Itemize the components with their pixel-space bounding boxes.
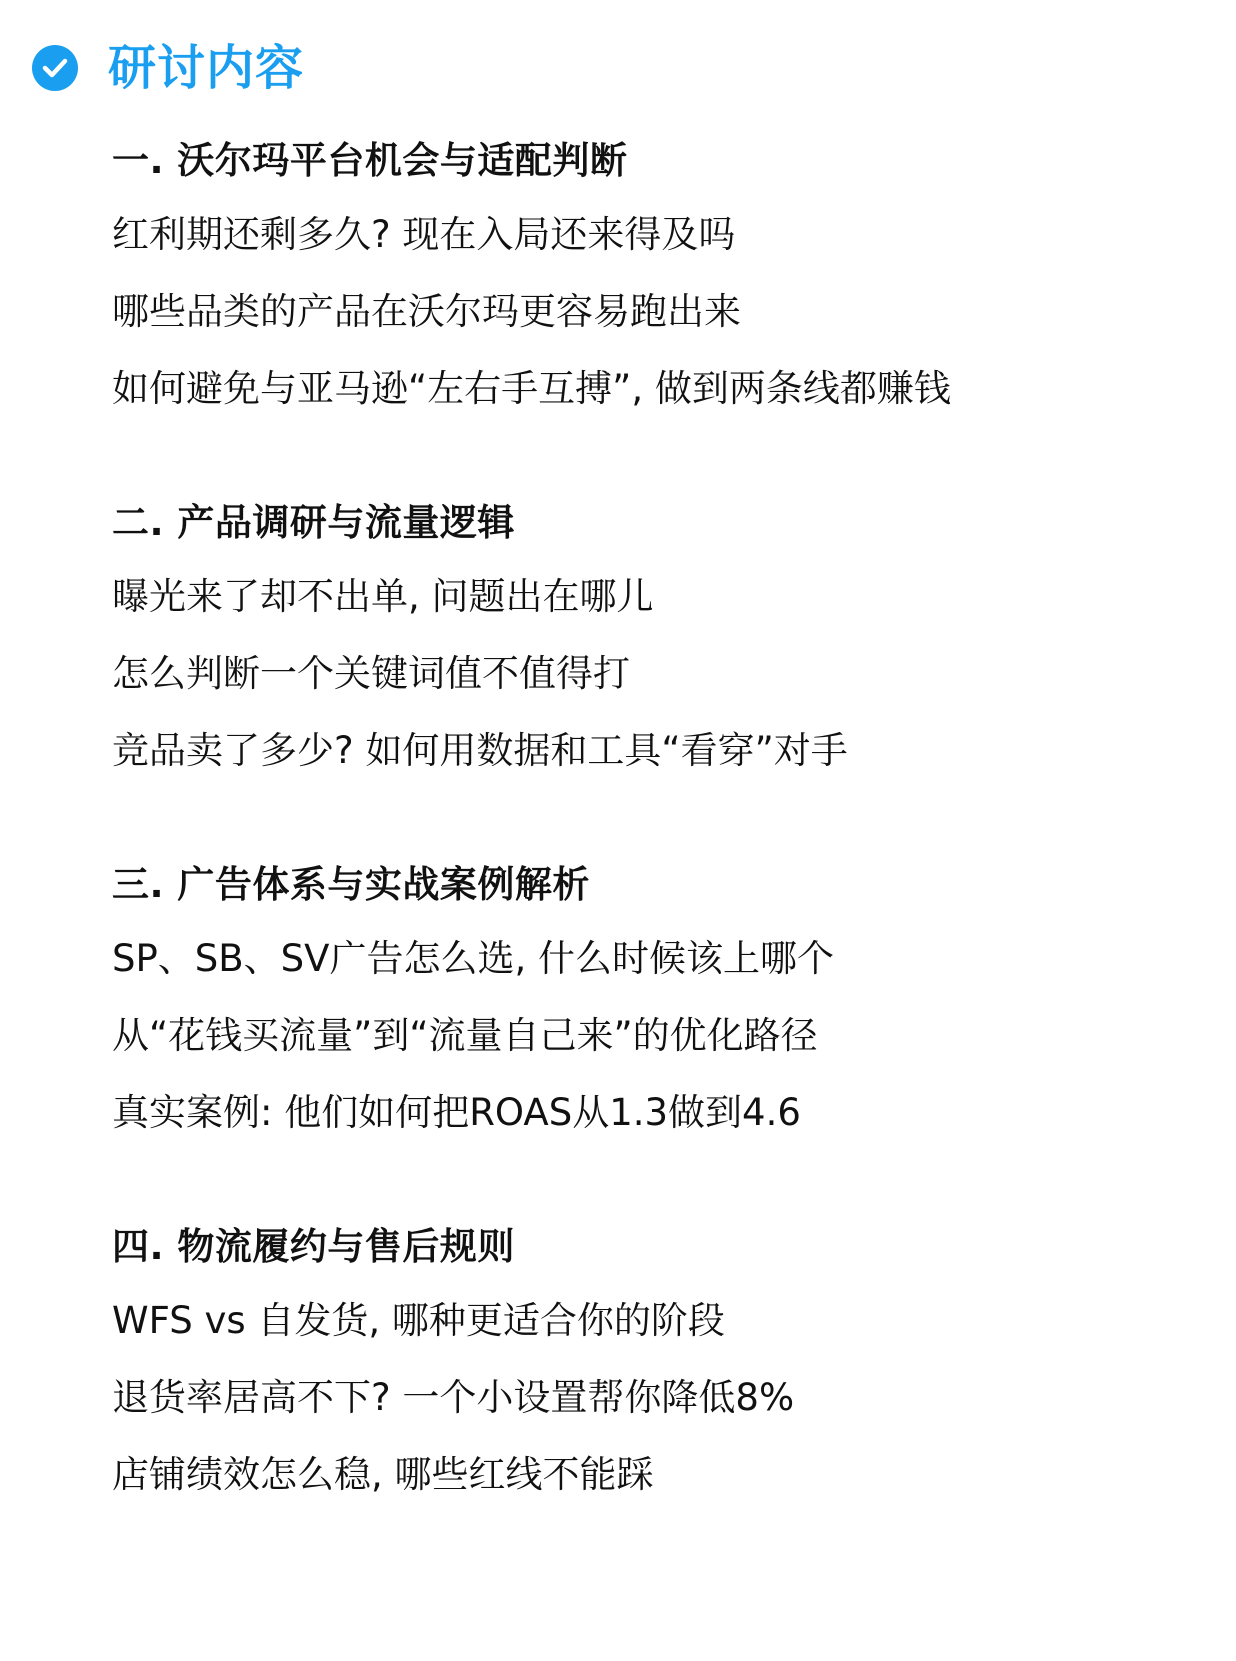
section-title: 二. 产品调研与流量逻辑: [112, 498, 848, 548]
list-item: SP、SB、SV广告怎么选, 什么时候该上哪个: [112, 934, 834, 984]
page-title: 研讨内容: [108, 38, 304, 98]
section-logistics: 四. 物流履约与售后规则 WFS vs 自发货, 哪种更适合你的阶段 退货率居高…: [112, 1222, 794, 1500]
list-item: 红利期还剩多久? 现在入局还来得及吗: [112, 210, 951, 260]
check-circle-icon: [32, 45, 78, 91]
section-title: 三. 广告体系与实战案例解析: [112, 860, 834, 910]
page-header: 研讨内容: [32, 38, 304, 98]
section-product-research: 二. 产品调研与流量逻辑 曝光来了却不出单, 问题出在哪儿 怎么判断一个关键词值…: [112, 498, 848, 776]
list-item: 怎么判断一个关键词值不值得打: [112, 649, 848, 699]
list-item: 真实案例: 他们如何把ROAS从1.3做到4.6: [112, 1088, 834, 1138]
list-item: 如何避免与亚马逊“左右手互搏”, 做到两条线都赚钱: [112, 364, 951, 414]
section-title: 四. 物流履约与售后规则: [112, 1222, 794, 1272]
section-platform-opportunity: 一. 沃尔玛平台机会与适配判断 红利期还剩多久? 现在入局还来得及吗 哪些品类的…: [112, 136, 951, 414]
section-title: 一. 沃尔玛平台机会与适配判断: [112, 136, 951, 186]
list-item: 店铺绩效怎么稳, 哪些红线不能踩: [112, 1450, 794, 1500]
list-item: 竞品卖了多少? 如何用数据和工具“看穿”对手: [112, 726, 848, 776]
list-item: 退货率居高不下? 一个小设置帮你降低8%: [112, 1373, 794, 1423]
section-advertising: 三. 广告体系与实战案例解析 SP、SB、SV广告怎么选, 什么时候该上哪个 从…: [112, 860, 834, 1138]
list-item: 哪些品类的产品在沃尔玛更容易跑出来: [112, 287, 951, 337]
list-item: 从“花钱买流量”到“流量自己来”的优化路径: [112, 1011, 834, 1061]
list-item: 曝光来了却不出单, 问题出在哪儿: [112, 572, 848, 622]
list-item: WFS vs 自发货, 哪种更适合你的阶段: [112, 1296, 794, 1346]
